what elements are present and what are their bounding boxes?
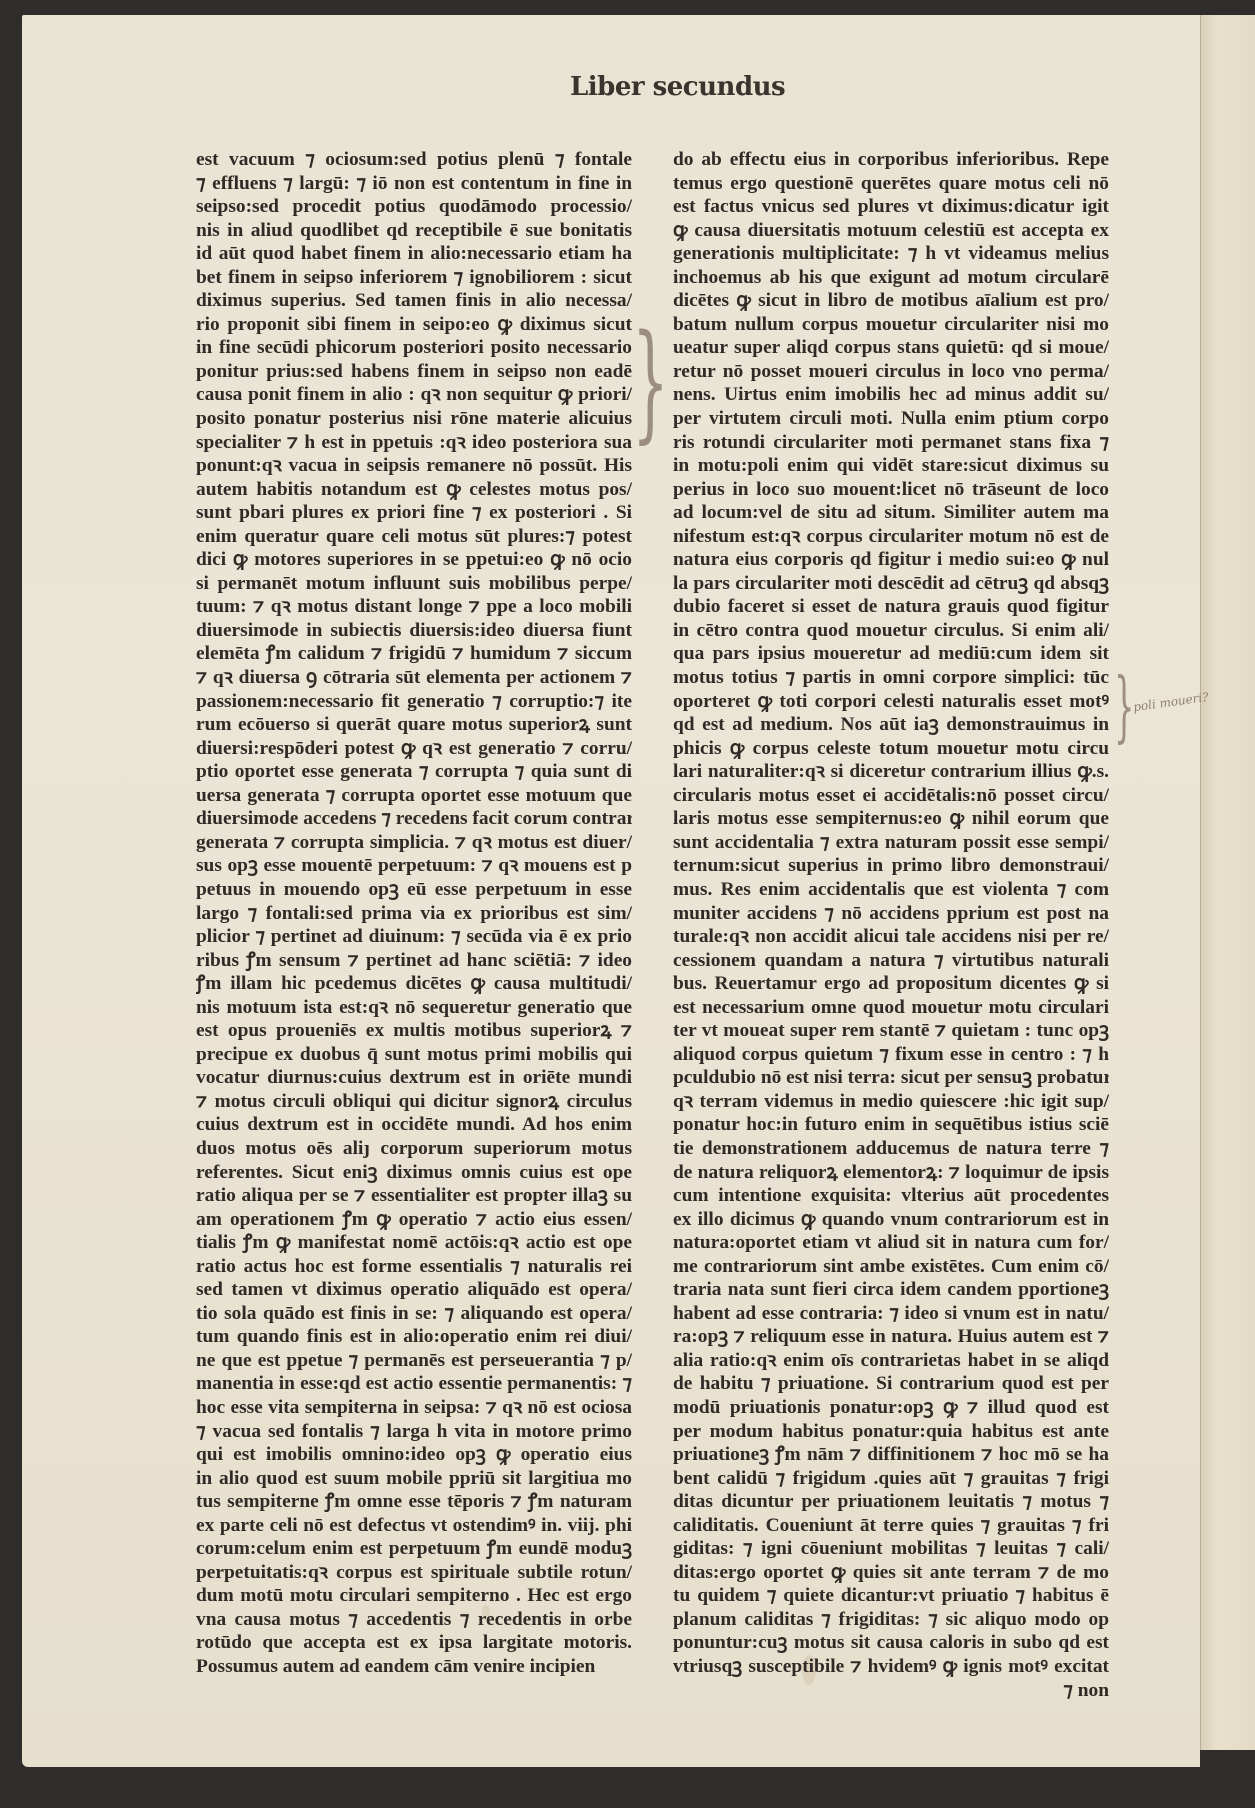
text-line: hoc esse vita sempiterna in seipsa: ⁊ qꝛ… [196, 1396, 632, 1420]
text-line: generationis multiplicitate: ⁊ h vt vide… [673, 242, 1109, 266]
text-line: perpetuitatis:qꝛ corpus est spirituale s… [196, 1561, 632, 1585]
text-line: corum:celum enim est perpetuum ꝭm eundē … [196, 1537, 632, 1561]
text-line: phicis ꝙ corpus celeste totum mouetur mo… [673, 737, 1109, 761]
text-line: si permanēt motum influunt suis mobilibu… [196, 572, 632, 596]
text-line: laris motus esse sempiternus:eo ꝙ nihil … [673, 807, 1109, 831]
margin-brace-mark: } [632, 317, 669, 445]
text-line: modū priuationis ponatur:opꝫ ꝙ ⁊ illud q… [673, 1396, 1109, 1420]
text-line: ⁊ non [673, 1679, 1109, 1703]
text-line: cessionem quandam a natura ⁊ virtutibus … [673, 949, 1109, 973]
text-line: vna causa motus ⁊ accedentis ⁊ recedenti… [196, 1608, 632, 1632]
text-line: caliditatis. Coueniunt āt terre quies ⁊ … [673, 1514, 1109, 1538]
text-line: ponatur hoc:in futuro enim in sequētibus… [673, 1113, 1109, 1137]
text-line: giditas: ⁊ igni cōueniunt mobilitas ⁊ le… [673, 1537, 1109, 1561]
text-line: ex parte celi nō est defectus vt ostendi… [196, 1514, 632, 1538]
text-line: planum caliditas ⁊ frigiditas: ⁊ sic ali… [673, 1608, 1109, 1632]
text-line: passionem:necessario fit generatio ⁊ cor… [196, 690, 632, 714]
text-line: traria nata sunt fieri circa idem candem… [673, 1278, 1109, 1302]
text-line: lari naturaliter:qꝛ si diceretur contrar… [673, 760, 1109, 784]
text-line: ditas dicuntur per priuationem leuitatis… [673, 1490, 1109, 1514]
text-line: ratio aliqua per se ⁊ essentialiter est … [196, 1184, 632, 1208]
running-head: Liber secundus [570, 72, 770, 102]
text-line: causa ponit finem in alio : qꝛ non sequi… [196, 383, 632, 407]
margin-brace-mark: } [1114, 668, 1134, 745]
text-line: mus. Res enim accidentalis que est viole… [673, 878, 1109, 902]
text-line: muniter accidens ⁊ nō accidens pprium es… [673, 902, 1109, 926]
text-line: dubio faceret si esset de natura grauis … [673, 595, 1109, 619]
text-line: aliquod corpus quietum ⁊ fixum esse in c… [673, 1043, 1109, 1067]
text-line: ter vt moueat super rem stantē ⁊ quietam… [673, 1019, 1109, 1043]
text-line: ternum:sicut superius in primo libro dem… [673, 854, 1109, 878]
text-line: plicior ⁊ pertinet ad diuinum: ⁊ secūda … [196, 925, 632, 949]
text-line: batum nullum corpus mouetur circulariter… [673, 313, 1109, 337]
text-line: ⁊ effluens ⁊ largū: ⁊ iō non est content… [196, 172, 632, 196]
text-line: nens. Uirtus enim imobilis hec ad minus … [673, 383, 1109, 407]
text-line: oporteret ꝙ toti corpori celesti natural… [673, 690, 1109, 714]
text-line: tum quando finis est in alio:operatio en… [196, 1325, 632, 1349]
text-line: ptio oportet esse generata ⁊ corrupta ⁊ … [196, 760, 632, 784]
text-line: ponunt:qꝛ vacua in seipsis remanere nō p… [196, 454, 632, 478]
text-line: natura:oportet etiam vt aliud sit in nat… [673, 1231, 1109, 1255]
text-line: me contrariorum sint ambe existētes. Cum… [673, 1255, 1109, 1279]
text-line: sus opꝫ esse mouentē perpetuum: ⁊ qꝛ mou… [196, 854, 632, 878]
text-line: tus sempiterne ꝭm omne esse tēporis ⁊ ꝭm… [196, 1490, 632, 1514]
text-line: diuersimode accedens ⁊ recedens facit co… [196, 807, 632, 831]
text-column-right: do ab effectu eius in corporibus inferio… [673, 148, 1109, 1702]
text-line: per virtutem circuli moti. Nulla enim pt… [673, 407, 1109, 431]
text-line: sed tamen vt diximus operatio aliquādo e… [196, 1278, 632, 1302]
text-line: uersa generata ⁊ corrupta oportet esse m… [196, 784, 632, 808]
text-line: elemēta ꝭm calidum ⁊ frigidū ⁊ humidum ⁊… [196, 642, 632, 666]
text-line: est opus proueniēs ex multis motibus sup… [196, 1019, 632, 1043]
text-line: in cētro contra quod mouetur circulus. S… [673, 619, 1109, 643]
text-line: tu quidem ⁊ quiete dicantur:vt priuatio … [673, 1584, 1109, 1608]
text-line: ponuntur:cuꝫ motus sit causa caloris in … [673, 1631, 1109, 1655]
text-line: autem habitis notandum est ꝙ celestes mo… [196, 478, 632, 502]
text-line: nis in aliud quodlibet qd receptibile ē … [196, 219, 632, 243]
text-line: ne que est ppetue ⁊ permanēs est perseue… [196, 1349, 632, 1373]
text-line: la pars circulariter moti descēdit ad cē… [673, 572, 1109, 596]
text-line: est factus vnicus sed plures vt diximus:… [673, 195, 1109, 219]
text-line: rum ecōuerso si querāt quare motus super… [196, 713, 632, 737]
text-line: retur nō posset moueri circulus in loco … [673, 360, 1109, 384]
text-line: cuius dextrum est in occidēte mundi. Ad … [196, 1113, 632, 1137]
text-line: natura eius corporis qd figitur i medio … [673, 548, 1109, 572]
text-line: diuersimode in subiectis diuersis:ideo d… [196, 619, 632, 643]
text-line: qd est ad medium. Nos aūt iaꝫ demonstrau… [673, 713, 1109, 737]
text-line: tio sola quādo est finis in se: ⁊ aliqua… [196, 1302, 632, 1326]
text-line: rio proponit sibi finem in seipo:eo ꝙ di… [196, 313, 632, 337]
text-line: seipso:sed procedit potius quodāmodo pro… [196, 195, 632, 219]
text-line: temus ergo questionē querētes quare motu… [673, 172, 1109, 196]
text-line: posito ponatur posterius nisi rōne mater… [196, 407, 632, 431]
text-line: dici ꝙ motores superiores in se ppetui:e… [196, 548, 632, 572]
text-line: est vacuum ⁊ ociosum:sed potius plenū ⁊ … [196, 148, 632, 172]
text-line: ex illo dicimus ꝙ quando vnum contrarior… [673, 1208, 1109, 1232]
text-line: nis motuum ista est:qꝛ nō sequeretur gen… [196, 996, 632, 1020]
text-line: alia ratio:qꝛ enim oīs contrarietas habe… [673, 1349, 1109, 1373]
text-line: de natura reliquorꝝ elementorꝝ: ⁊ loquim… [673, 1161, 1109, 1185]
text-line: in motu:poli enim qui vidēt stare:sicut … [673, 454, 1109, 478]
text-line: largo ⁊ fontali:sed prima via ex priorib… [196, 902, 632, 926]
text-line: tie demonstrationem adducemus de natura … [673, 1137, 1109, 1161]
text-line: turale:qꝛ non accidit alicui tale accide… [673, 925, 1109, 949]
text-line: ditas:ergo oportet ꝙ quies sit ante terr… [673, 1561, 1109, 1585]
text-line: sunt accidentalia ⁊ extra naturam possit… [673, 831, 1109, 855]
text-line: rotūdo que accepta est ex ipsa largitate… [196, 1631, 632, 1655]
text-line: motus totius ⁊ partis in omni corpore si… [673, 666, 1109, 690]
text-line: bus. Reuertamur ergo ad propositum dicen… [673, 972, 1109, 996]
text-line: precipue ex duobus q̄ sunt motus primi m… [196, 1043, 632, 1067]
text-line: ponitur prius:sed habens finem in seipso… [196, 360, 632, 384]
text-line: tuum: ⁊ qꝛ motus distant longe ⁊ ppe a l… [196, 595, 632, 619]
text-line: bent calidū ⁊ frigidum .quies aūt ⁊ grau… [673, 1467, 1109, 1491]
text-line: dum motū motu circulari sempiterno . Hec… [196, 1584, 632, 1608]
text-line: dicētes ꝙ sicut in libro de motibus aīal… [673, 289, 1109, 313]
text-line: manentia in esse:qd est actio essentie p… [196, 1372, 632, 1396]
text-line: enim queratur quare celi motus sūt plure… [196, 525, 632, 549]
text-line: ꝭm illam hic pcedemus dicētes ꝙ causa mu… [196, 972, 632, 996]
text-line: referentes. Sicut eniꝫ diximus omnis cui… [196, 1161, 632, 1185]
text-line: Possumus autem ad eandem cām venire inci… [196, 1655, 632, 1679]
text-line: vocatur diurnus:cuius dextrum est in ori… [196, 1066, 632, 1090]
text-line: circularis motus esset ei accidētalis:nō… [673, 784, 1109, 808]
text-line: in alio quod est suum mobile ppriū sit l… [196, 1467, 632, 1491]
text-line: in fine secūdi phicorum posteriori posit… [196, 336, 632, 360]
text-line: priuationeꝫ ꝭm nām ⁊ diffinitionem ⁊ hoc… [673, 1443, 1109, 1467]
text-line: ⁊ motus circuli obliqui qui dicitur sign… [196, 1090, 632, 1114]
text-column-left: est vacuum ⁊ ociosum:sed potius plenū ⁊ … [196, 148, 632, 1679]
text-line: diximus superius. Sed tamen finis in ali… [196, 289, 632, 313]
text-line: cum intentione exquisita: vlterius aūt p… [673, 1184, 1109, 1208]
text-line: diuersi:respōderi potest ꝙ qꝛ est genera… [196, 737, 632, 761]
text-line: generata ⁊ corrupta simplicia. ⁊ qꝛ motu… [196, 831, 632, 855]
text-line: per modum habitus ponatur:quia habitus e… [673, 1420, 1109, 1444]
text-line: tialis ꝭm ꝙ manifestat nomē actōis:qꝛ ac… [196, 1231, 632, 1255]
text-line: am operationem ꝭm ꝙ operatio ⁊ actio eiu… [196, 1208, 632, 1232]
text-line: petuus in mouendo opꝫ eū esse perpetuum … [196, 878, 632, 902]
text-line: do ab effectu eius in corporibus inferio… [673, 148, 1109, 172]
text-line: sunt pbari plures ex priori fine ⁊ ex po… [196, 501, 632, 525]
text-line: ⁊ qꝛ diuersa ꝯ cōtraria sūt elementa per… [196, 666, 632, 690]
text-line: inchoemus ab his que exigunt ad motum ci… [673, 266, 1109, 290]
text-line: ra:opꝫ ⁊ reliquum esse in natura. Huius … [673, 1325, 1109, 1349]
text-line: ad locum:vel de situ ad situm. Similiter… [673, 501, 1109, 525]
text-line: id aūt quod habet finem in alio:necessar… [196, 242, 632, 266]
text-line: specialiter ⁊ h est in ppetuis :qꝛ ideo … [196, 431, 632, 455]
text-line: vtriusqꝫ susceptibile ⁊ hvidemꝰ ꝙ ignis … [673, 1655, 1109, 1679]
text-line: duos motus oēs aliȷ corporum superiorum … [196, 1137, 632, 1161]
text-line: qua pars ipsius moueretur ad mediū:cum i… [673, 642, 1109, 666]
text-line: ueatur super aliqd corpus stans quietū: … [673, 336, 1109, 360]
text-line: ⁊ vacua sed fontalis ⁊ larga h vita in m… [196, 1420, 632, 1444]
text-line: ratio actus hoc est forme essentialis ⁊ … [196, 1255, 632, 1279]
text-line: nifestum est:qꝛ corpus circulariter motu… [673, 525, 1109, 549]
text-line: bet finem in seipso inferiorem ⁊ ignobil… [196, 266, 632, 290]
text-line: ribus ꝭm sensum ⁊ pertinet ad hanc sciēt… [196, 949, 632, 973]
text-line: habent ad esse contraria: ⁊ ideo si vnum… [673, 1302, 1109, 1326]
text-line: ꝙ causa diuersitatis motuum celestiū est… [673, 219, 1109, 243]
text-line: qꝛ terram videmus in medio quiescere :hi… [673, 1090, 1109, 1114]
adjacent-page-edge [1200, 15, 1255, 1750]
text-line: pculdubio nō est nisi terra: sicut per s… [673, 1066, 1109, 1090]
text-line: perius in loco suo mouent:licet nō trāse… [673, 478, 1109, 502]
text-line: qui est imobilis omnino:ideo opꝫ ꝙ opera… [196, 1443, 632, 1467]
text-line: ris rotundi circulariter moti permanet s… [673, 431, 1109, 455]
text-line: est necessarium omne quod mouetur motu c… [673, 996, 1109, 1020]
text-line: de habitu ⁊ priuatione. Si contrarium qu… [673, 1372, 1109, 1396]
